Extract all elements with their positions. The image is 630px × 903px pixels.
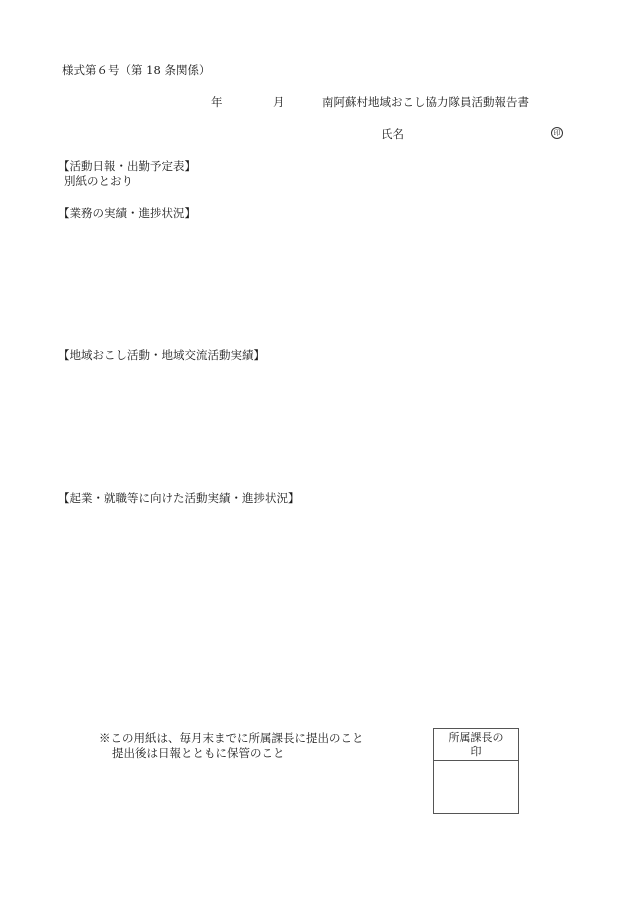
section-heading-community-activities: 【地域おこし活動・地域交流活動実績】	[58, 350, 265, 362]
footer-note-line-2: 提出後は日報とともに保管のこと	[112, 748, 285, 760]
document-title: 南阿蘇村地域おこし協力隊員活動報告書	[322, 97, 529, 109]
section-heading-work-progress: 【業務の実績・進捗状況】	[58, 208, 196, 220]
section-heading-daily-report: 【活動日報・出勤予定表】	[58, 161, 196, 173]
stamp-label-line-1: 所属課長の	[449, 731, 504, 745]
name-label: 氏名	[381, 129, 404, 141]
form-number: 様式第６号（第 18 条関係）	[62, 65, 210, 77]
year-label: 年	[211, 97, 223, 109]
footer-note-line-1: ※この用紙は、毎月末までに所属課長に提出のこと	[99, 733, 364, 745]
month-label: 月	[273, 97, 285, 109]
stamp-box-header: 所属課長の 印	[434, 729, 518, 761]
stamp-area	[434, 761, 518, 813]
section-heading-career-activities: 【起業・就職等に向けた活動実績・進捗状況】	[58, 493, 300, 505]
stamp-label-line-2: 印	[471, 745, 482, 759]
section-content-daily-report: 別紙のとおり	[64, 176, 133, 188]
supervisor-stamp-box: 所属課長の 印	[433, 728, 519, 814]
seal-icon: 印	[551, 127, 563, 139]
